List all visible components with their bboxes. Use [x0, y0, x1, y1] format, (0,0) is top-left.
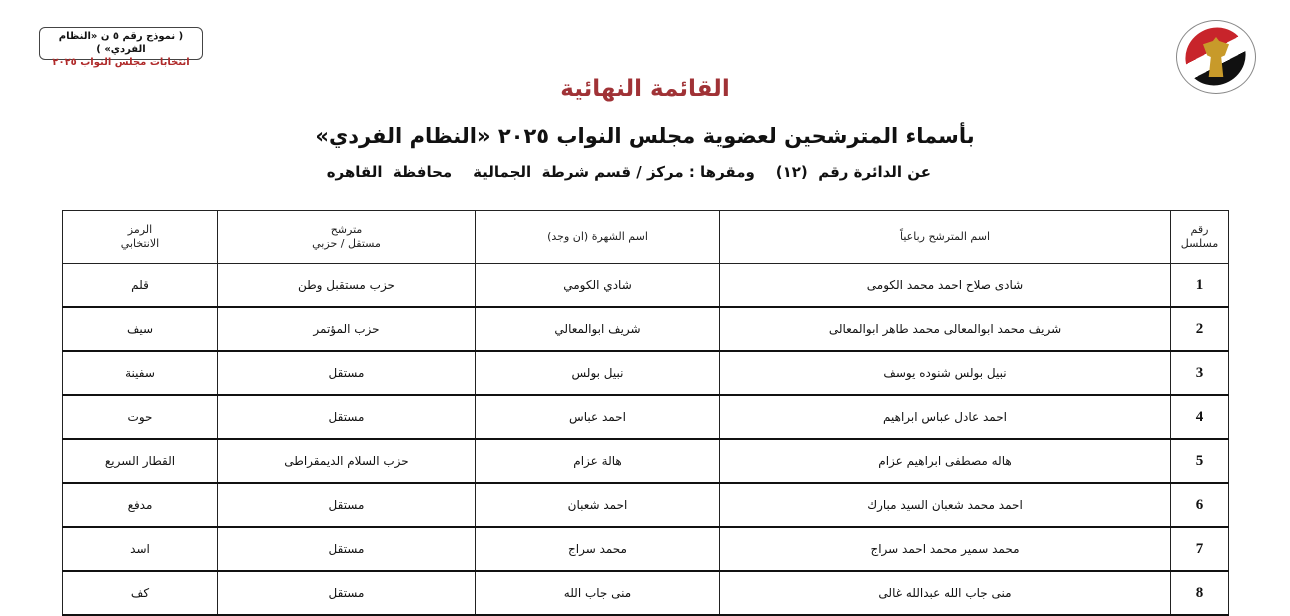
header-type-line2: مستقل / حزبي	[218, 237, 475, 251]
header-fame-name: اسم الشهرة (ان وجد)	[476, 211, 720, 264]
fame-name-cell: هالة عزام	[476, 439, 720, 483]
full-name-cell: احمد عادل عباس ابراهيم	[720, 395, 1171, 439]
fame-name-cell: احمد عباس	[476, 395, 720, 439]
fame-name-cell: احمد شعبان	[476, 483, 720, 527]
candidate-type-cell: مستقل	[218, 483, 476, 527]
full-name-cell: احمد محمد شعبان السيد مبارك	[720, 483, 1171, 527]
header-symbol-line2: الانتخابي	[63, 237, 217, 251]
header-type-line1: مترشح	[218, 223, 475, 237]
serial-cell: 5	[1171, 439, 1229, 483]
serial-cell: 8	[1171, 571, 1229, 615]
header-serial-line1: رقم	[1171, 223, 1228, 237]
table-header-row: رقم مسلسل اسم المترشح رباعياً اسم الشهرة…	[63, 211, 1229, 264]
candidate-type-cell: مستقل	[218, 351, 476, 395]
table-row: 1 شادى صلاح احمد محمد الكومى شادي الكومي…	[63, 264, 1229, 308]
full-name-cell: شادى صلاح احمد محمد الكومى	[720, 264, 1171, 308]
serial-cell: 3	[1171, 351, 1229, 395]
table-row: 8 منى جاب الله عبدالله غالى منى جاب الله…	[63, 571, 1229, 615]
page-subtitle: بأسماء المترشحين لعضوية مجلس النواب ٢٠٢٥…	[0, 124, 1290, 148]
table-row: 6 احمد محمد شعبان السيد مبارك احمد شعبان…	[63, 483, 1229, 527]
fame-name-cell: منى جاب الله	[476, 571, 720, 615]
candidate-type-cell: حزب السلام الديمقراطى	[218, 439, 476, 483]
table-row: 2 شريف محمد ابوالمعالى محمد طاهر ابوالمع…	[63, 307, 1229, 351]
header-election-symbol: الرمز الانتخابي	[63, 211, 218, 264]
fame-name-cell: نبيل بولس	[476, 351, 720, 395]
candidate-type-cell: مستقل	[218, 527, 476, 571]
header-serial-line2: مسلسل	[1171, 237, 1228, 251]
header-candidate-type: مترشح مستقل / حزبي	[218, 211, 476, 264]
symbol-cell: سفينة	[63, 351, 218, 395]
election-name-label: انتخابات مجلس النواب ٢٠٢٥	[40, 56, 202, 69]
candidates-table: رقم مسلسل اسم المترشح رباعياً اسم الشهرة…	[62, 210, 1229, 616]
form-number-box: ( نموذج رقم ٥ ن «النظام الفردي» ) انتخاب…	[39, 27, 203, 60]
symbol-cell: حوت	[63, 395, 218, 439]
full-name-cell: شريف محمد ابوالمعالى محمد طاهر ابوالمعال…	[720, 307, 1171, 351]
candidate-type-cell: حزب المؤتمر	[218, 307, 476, 351]
serial-cell: 4	[1171, 395, 1229, 439]
symbol-cell: سيف	[63, 307, 218, 351]
table-row: 7 محمد سمير محمد احمد سراج محمد سراج مست…	[63, 527, 1229, 571]
table-row: 5 هاله مصطفى ابراهيم عزام هالة عزام حزب …	[63, 439, 1229, 483]
header-full-name: اسم المترشح رباعياً	[720, 211, 1171, 264]
fame-name-cell: شريف ابوالمعالي	[476, 307, 720, 351]
table-row: 3 نبيل بولس شنوده يوسف نبيل بولس مستقل س…	[63, 351, 1229, 395]
serial-cell: 6	[1171, 483, 1229, 527]
table-row: 4 احمد عادل عباس ابراهيم احمد عباس مستقل…	[63, 395, 1229, 439]
symbol-cell: كف	[63, 571, 218, 615]
symbol-cell: مدفع	[63, 483, 218, 527]
symbol-cell: اسد	[63, 527, 218, 571]
candidate-type-cell: حزب مستقبل وطن	[218, 264, 476, 308]
district-info: عن الدائرة رقم (١٢) ومقرها : مركز / قسم …	[376, 163, 931, 181]
fame-name-cell: شادي الكومي	[476, 264, 720, 308]
form-number-label: ( نموذج رقم ٥ ن «النظام الفردي» )	[40, 30, 202, 56]
symbol-cell: القطار السريع	[63, 439, 218, 483]
full-name-cell: نبيل بولس شنوده يوسف	[720, 351, 1171, 395]
header-symbol-line1: الرمز	[63, 223, 217, 237]
serial-cell: 7	[1171, 527, 1229, 571]
page-title: القائمة النهائية	[0, 76, 1290, 102]
serial-cell: 2	[1171, 307, 1229, 351]
full-name-cell: هاله مصطفى ابراهيم عزام	[720, 439, 1171, 483]
header-serial: رقم مسلسل	[1171, 211, 1229, 264]
candidate-type-cell: مستقل	[218, 395, 476, 439]
full-name-cell: محمد سمير محمد احمد سراج	[720, 527, 1171, 571]
symbol-cell: قلم	[63, 264, 218, 308]
serial-cell: 1	[1171, 264, 1229, 308]
candidate-type-cell: مستقل	[218, 571, 476, 615]
full-name-cell: منى جاب الله عبدالله غالى	[720, 571, 1171, 615]
fame-name-cell: محمد سراج	[476, 527, 720, 571]
